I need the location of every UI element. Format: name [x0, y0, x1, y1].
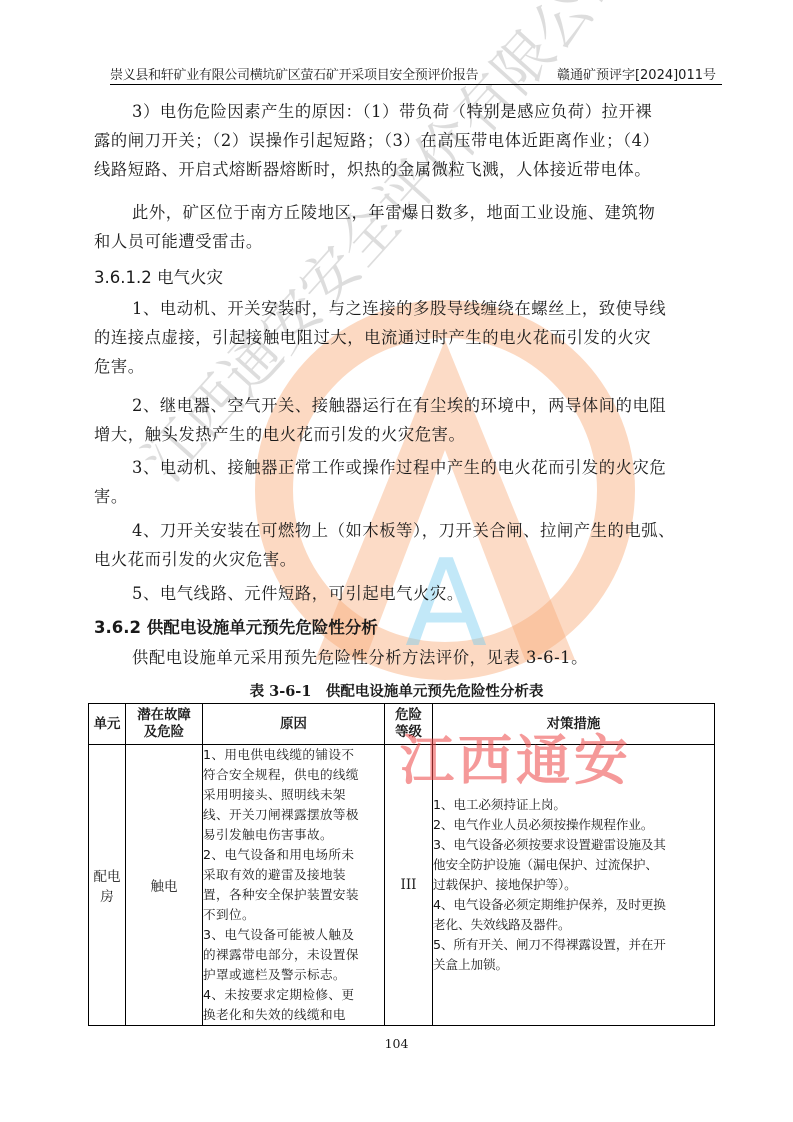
running-header: 崇义县和轩矿业有限公司横坑矿区萤石矿开采项目安全预评价报告 赣通矿预评字[202… — [110, 62, 722, 85]
table-header-row: 单元 潜在故障 及危险 原因 危险 等级 对策措施 — [89, 704, 715, 745]
text-line: 线路短路、开启式熔断器熔断时，炽热的金属微粒飞溅，人体接近带电体。 — [94, 155, 720, 184]
section-heading-power-supply-pha: 3.6.2 供配电设施单元预先危险性分析 — [94, 614, 378, 638]
text-line: 4、刀开关安装在可燃物上（如木板等），刀开关合闸、拉闸产生的电弧、 — [94, 516, 720, 545]
page-number: 104 — [0, 1036, 793, 1051]
paragraph-lightning: 此外，矿区位于南方丘陵地区，年雷爆日数多，地面工业设施、建筑物 和人员可能遭受雷… — [94, 198, 720, 256]
table-caption: 表 3-6-1 供配电设施单元预先危险性分析表 — [0, 680, 793, 701]
cell-measures: 1、电工必须持证上岗。 2、电气作业人员必须按操作规程作业。 3、电气设备必须按… — [433, 745, 715, 1026]
fire-item-5: 5、电气线路、元件短路，可引起电气火灾。 — [94, 579, 720, 608]
header-fault: 潜在故障 及危险 — [126, 704, 203, 745]
paragraph-electric-injury-causes: 3）电伤危险因素产生的原因：（1）带负荷（特别是感应负荷）拉开裸 露的闸刀开关；… — [94, 97, 720, 184]
header-level: 危险 等级 — [385, 704, 433, 745]
fire-item-4: 4、刀开关安装在可燃物上（如木板等），刀开关合闸、拉闸产生的电弧、 电火花而引发… — [94, 516, 720, 574]
header-cause: 原因 — [203, 704, 385, 745]
paragraph-table-intro: 供配电设施单元采用预先危险性分析方法评价，见表 3-6-1。 — [94, 643, 720, 672]
section-heading-electrical-fire: 3.6.1.2 电气火灾 — [94, 264, 223, 288]
text-line: 此外，矿区位于南方丘陵地区，年雷爆日数多，地面工业设施、建筑物 — [94, 198, 720, 227]
text-line: 1、电动机、开关安装时，与之连接的多股导线缠绕在螺丝上，致使导线 — [94, 294, 720, 323]
cell-cause: 1、用电供电线缆的铺设不 符合安全规程，供电的线缆 采用明接头、照明线未架 线、… — [203, 745, 385, 1026]
header-unit: 单元 — [89, 704, 126, 745]
cell-unit: 配电 房 — [89, 745, 126, 1026]
table-row: 配电 房 触电 1、用电供电线缆的铺设不 符合安全规程，供电的线缆 采用明接头、… — [89, 745, 715, 1026]
cell-fault: 触电 — [126, 745, 203, 1026]
text-line: 5、电气线路、元件短路，可引起电气火灾。 — [94, 579, 720, 608]
text-line: 危害。 — [94, 352, 720, 381]
hazard-analysis-table: 单元 潜在故障 及危险 原因 危险 等级 对策措施 配电 房 触电 — [88, 703, 715, 1026]
text-line: 2、继电器、空气开关、接触器运行在有尘埃的环境中，两导体间的电阻 — [94, 391, 720, 420]
text-line: 电火花而引发的火灾危害。 — [94, 545, 720, 574]
fire-item-3: 3、电动机、接触器正常工作或操作过程中产生的电火花而引发的火灾危 害。 — [94, 453, 720, 511]
cell-risk-level: III — [385, 745, 433, 1026]
text-line: 露的闸刀开关；（2）误操作引起短路；（3）在高压带电体近距离作业；（4） — [94, 126, 720, 155]
text-line: 的连接点虚接，引起接触电阻过大，电流通过时产生的电火花而引发的火灾 — [94, 323, 720, 352]
text-line: 增大，触头发热产生的电火花而引发的火灾危害。 — [94, 420, 720, 449]
document-page: A 江西通安安全评价有限公司 崇义县和轩矿业有限公司横坑矿区萤石矿开采项目安全预… — [0, 0, 793, 1122]
text-line: 和人员可能遭受雷击。 — [94, 227, 720, 256]
text-line: 供配电设施单元采用预先危险性分析方法评价，见表 3-6-1。 — [94, 643, 720, 672]
text-line: 3）电伤危险因素产生的原因：（1）带负荷（特别是感应负荷）拉开裸 — [94, 97, 720, 126]
fire-item-2: 2、继电器、空气开关、接触器运行在有尘埃的环境中，两导体间的电阻 增大，触头发热… — [94, 391, 720, 449]
document-number: 赣通矿预评字[2024]011号 — [557, 64, 716, 83]
report-title: 崇义县和轩矿业有限公司横坑矿区萤石矿开采项目安全预评价报告 — [110, 64, 478, 83]
fire-item-1: 1、电动机、开关安装时，与之连接的多股导线缠绕在螺丝上，致使导线 的连接点虚接，… — [94, 294, 720, 381]
header-measure: 对策措施 — [433, 704, 715, 745]
text-line: 害。 — [94, 482, 720, 511]
text-line: 3、电动机、接触器正常工作或操作过程中产生的电火花而引发的火灾危 — [94, 453, 720, 482]
